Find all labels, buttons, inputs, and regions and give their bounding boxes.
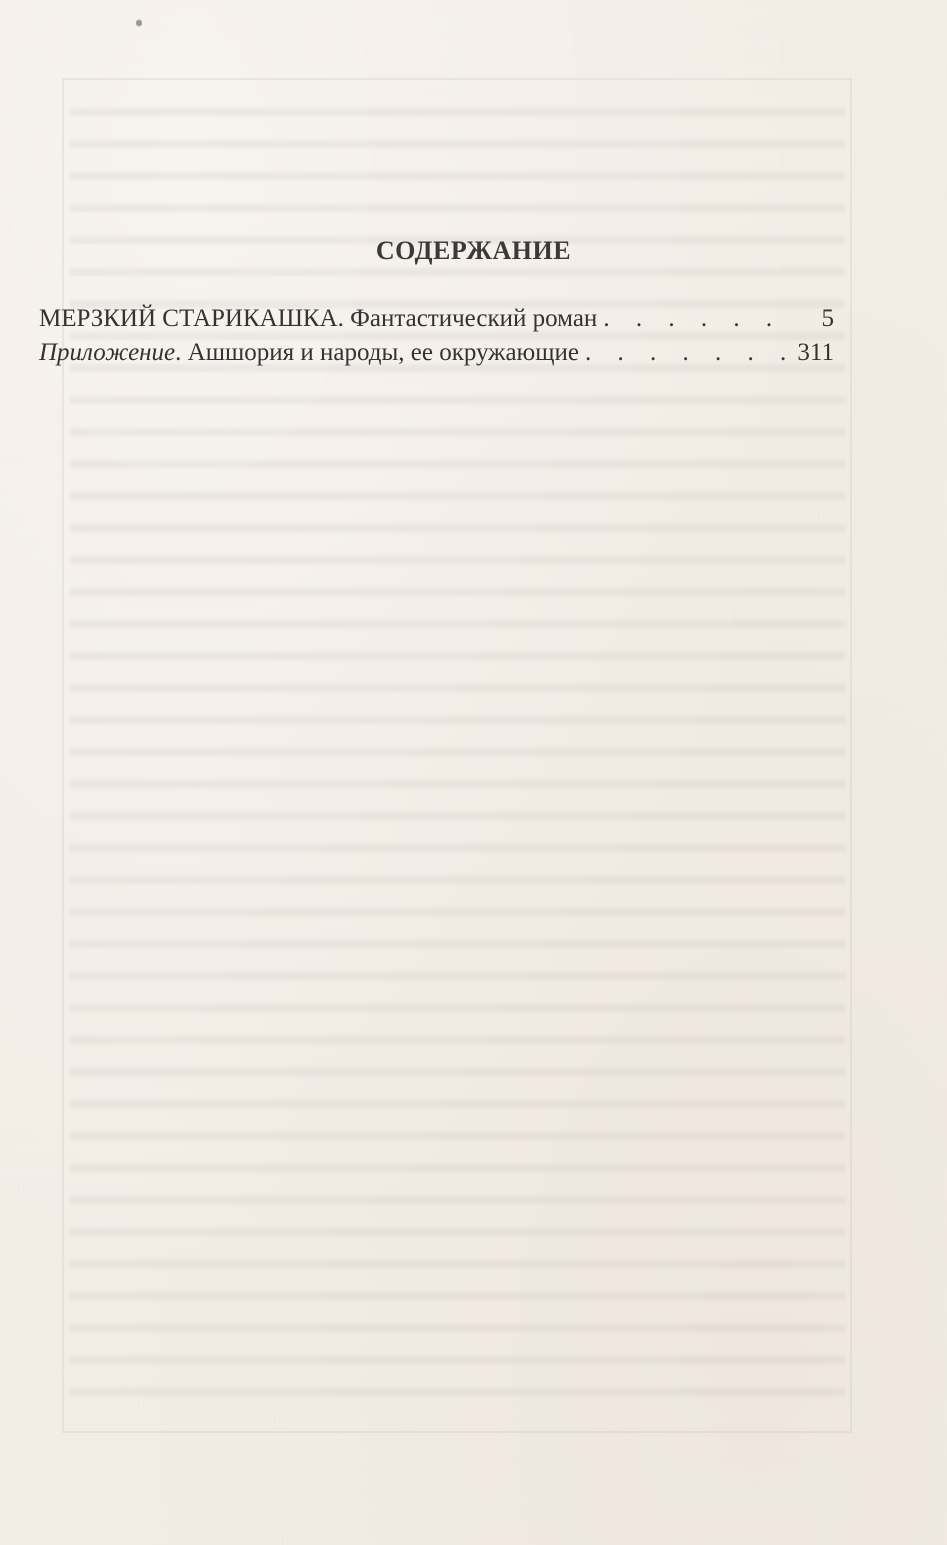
toc-entry-title: МЕРЗКИЙ СТАРИКАШКА. Фантастический роман [39,305,597,333]
reverse-side-frame [62,78,852,1433]
toc-page-number: 311 [794,339,834,367]
toc-entry-prefix: Приложение [39,339,175,367]
toc-page-number: 5 [794,305,834,333]
toc-entry[interactable]: МЕРЗКИЙ СТАРИКАШКА. Фантастический роман… [39,305,834,339]
table-of-contents: МЕРЗКИЙ СТАРИКАШКА. Фантастический роман… [39,305,834,373]
ink-speck [136,18,142,28]
toc-leader-dots: . . . . . . . . . . . . . . . . . . . . … [603,305,788,333]
toc-entry[interactable]: Приложение . Ашшория и народы, ее окружа… [39,339,834,373]
toc-entry-title: . Ашшория и народы, ее окружающие [175,339,579,367]
page-title: СОДЕРЖАНИЕ [0,236,947,266]
toc-leader-dots: . . . . . . . . . . . . . . . . . . . . … [585,339,788,367]
